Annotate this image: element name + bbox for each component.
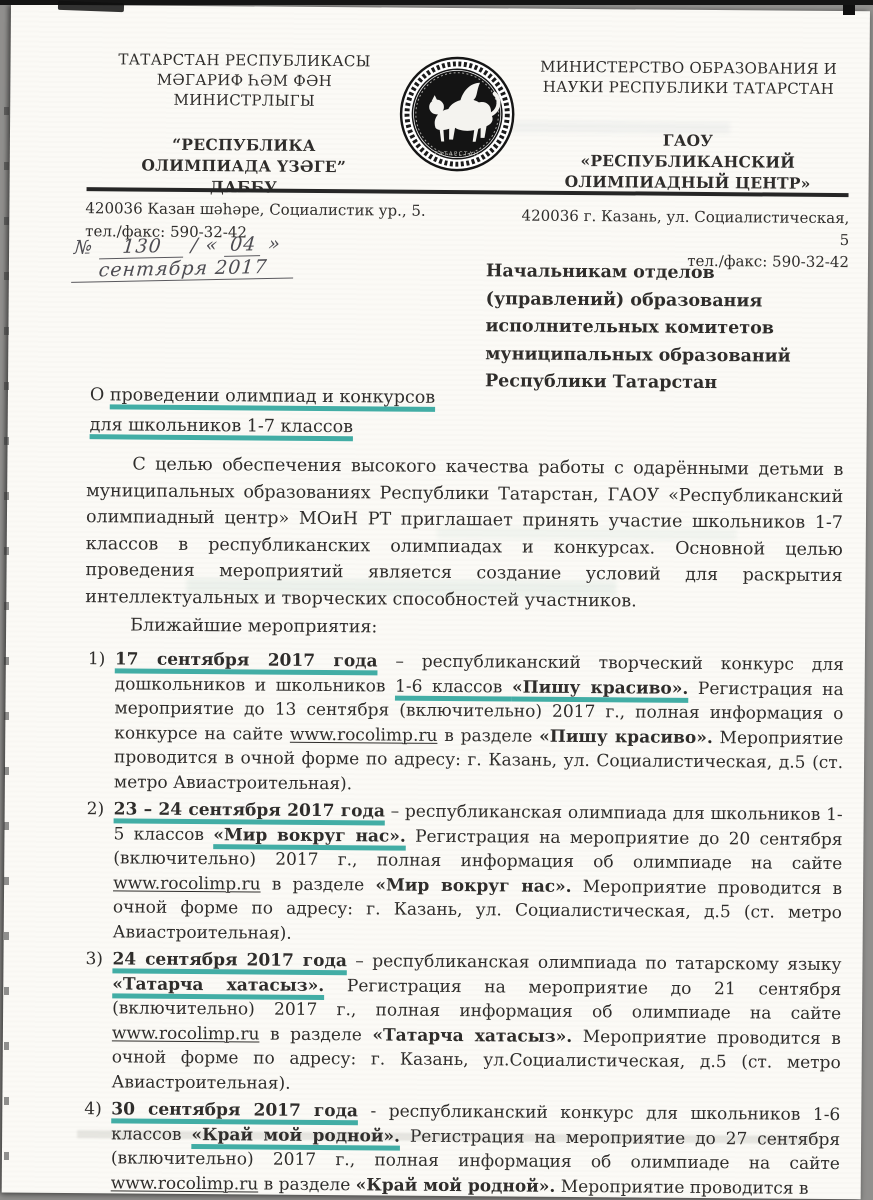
event-description: – республиканская олимпиада по татарском…: [347, 951, 842, 975]
open-quote: «: [205, 234, 219, 256]
reference-separator: /: [190, 234, 199, 256]
subject-highlight-1: проведении олимпиад и конкурсов: [110, 385, 435, 408]
subject-highlight-2: для школьников 1-7 классов: [90, 415, 353, 437]
event-item-2: 2) 23 – 24 сентября 2017 года – республи…: [84, 797, 843, 950]
scanned-letter-page: { "document": { "org_left": { "ministry_…: [0, 0, 873, 1200]
event-title-bold: «Край мой родной».: [356, 1175, 556, 1197]
org-name-tatar-line2: ОЛИМПИАДА ҮЗӘГЕ”: [88, 154, 400, 177]
month-year-handwritten: сентября 2017: [71, 255, 295, 282]
event-item-4: 4) 30 сентября 2017 года - республиканск…: [82, 1097, 841, 1200]
org-name-rus-line2: «РЕСПУБЛИКАНСКИЙ: [516, 149, 860, 173]
recipient-line4: муниципальных образований: [485, 341, 863, 371]
day-handwritten: 04: [224, 233, 262, 257]
ministry-name-rus-line2: НАУКИ РЕСПУБЛИКИ ТАТАРСТАН: [516, 77, 860, 100]
subject-line1: О проведении олимпиад и конкурсов: [90, 380, 450, 413]
org-header-russian: МИНИСТЕРСТВО ОБРАЗОВАНИЯ И НАУКИ РЕСПУБЛ…: [516, 57, 861, 195]
org-name-rus-line1: ГАОУ: [516, 128, 860, 152]
org-name-tatar-line1: “РЕСПУБЛИКА: [88, 133, 400, 156]
outgoing-number-handwritten: 130: [99, 235, 185, 260]
event-title-highlight: «Пишу красиво».: [512, 677, 689, 698]
ministry-name-rus-line1: МИНИСТЕРСТВО ОБРАЗОВАНИЯ И: [516, 57, 860, 80]
letter-page: ТАТАРСТАН РЕСПУБЛИКАСЫ МӘГАРИФ ҺӘМ ФӘН М…: [2, 5, 870, 1200]
website-link: www.rocolimp.ru: [111, 1173, 259, 1194]
ministry-name-tatar-line2: МӘГАРИФ ҺӘМ ФӘН МИНИСТРЛЫГЫ: [88, 69, 400, 111]
event-section-pre: в разделе: [258, 1174, 356, 1195]
recipient-line3: исполнительных комитетов: [485, 313, 863, 343]
event-section-pre: в разделе: [259, 1024, 372, 1045]
event-number: 1): [88, 647, 106, 672]
event-desc-highlight: 1-6 классов: [395, 676, 512, 697]
scan-edge-line: [0, 0, 873, 5]
winged-leopard-icon: ТАТАРСТАН: [398, 55, 517, 174]
subject-block: О проведении олимпиад и конкурсов для шк…: [90, 380, 450, 443]
address-tatar-line1: 420036 Казан шәһәре, Социалистик ур., 5.: [85, 197, 426, 223]
number-sign: №: [73, 236, 94, 258]
event-item-1: 1) 17 сентября 2017 года – республиканск…: [85, 647, 844, 800]
event-item-3: 3) 24 сентября 2017 года – республиканск…: [82, 947, 841, 1100]
org-name-rus: ГАОУ «РЕСПУБЛИКАНСКИЙ ОЛИМПИАДНЫЙ ЦЕНТР»: [516, 128, 860, 194]
event-text: 30 сентября 2017 года - республиканский …: [111, 1097, 841, 1200]
scan-corner-mark: [843, 5, 855, 15]
event-text: 24 сентября 2017 года – республиканская …: [111, 947, 841, 1100]
recipient-block: Начальникам отделов (управлений) образов…: [485, 258, 864, 398]
website-link: www.rocolimp.ru: [113, 873, 261, 894]
close-quote: »: [267, 233, 281, 255]
tatarstan-emblem-logo: ТАТАРСТАН: [398, 55, 517, 174]
website-link: www.rocolimp.ru: [290, 724, 438, 745]
event-text: 17 сентября 2017 года – республиканский …: [114, 647, 844, 800]
recipient-line2: (управлений) образования: [486, 286, 864, 316]
event-date-highlight: 17 сентября 2017 года: [115, 649, 378, 671]
event-text: 23 – 24 сентября 2017 года – республикан…: [113, 797, 843, 950]
event-title-bold: «Татарча хатасыз».: [372, 1025, 572, 1047]
events-list: 1) 17 сентября 2017 года – республиканск…: [82, 647, 844, 1200]
recipient-line1: Начальникам отделов: [486, 258, 864, 288]
event-number: 4): [84, 1097, 102, 1122]
event-number: 2): [87, 797, 105, 822]
handwritten-reference-line: № 130 / « 04 » сентября 2017: [71, 228, 495, 283]
event-title-highlight: «Край мой родной».: [191, 1124, 400, 1146]
event-title-bold: «Мир вокруг нас».: [375, 875, 571, 897]
event-section-pre: в разделе: [261, 874, 376, 895]
subject-line2: для школьников 1-7 классов: [90, 410, 450, 443]
event-section-pre: в разделе: [437, 725, 539, 746]
org-header-tatar: ТАТАРСТАН РЕСПУБЛИКАСЫ МӘГАРИФ ҺӘМ ФӘН М…: [87, 49, 400, 198]
intro-paragraph: С целью обеспечения высокого качества ра…: [85, 451, 843, 616]
event-title-highlight: «Мир вокруг нас».: [213, 825, 406, 847]
subject-prefix: О: [90, 385, 110, 405]
emblem-ring-text: ТАТАРСТАН: [433, 151, 479, 157]
event-title-bold: «Пишу красиво».: [539, 726, 713, 747]
event-location: Мероприятие проводится в: [555, 1176, 808, 1198]
scan-edge-ticks: [4, 60, 9, 1170]
event-title-highlight: «Татарча хатасыз».: [112, 974, 324, 996]
address-rus-line1: 420036 г. Казань, ул. Социалистическая, …: [509, 204, 849, 251]
event-date-highlight: 23 – 24 сентября 2017 года: [114, 799, 385, 821]
recipient-line5: Республики Татарстан: [485, 368, 863, 398]
ministry-name-tatar-line1: ТАТАРСТАН РЕСПУБЛИКАСЫ: [88, 49, 400, 71]
event-date-highlight: 24 сентября 2017 года: [112, 949, 347, 971]
event-number: 3): [85, 947, 103, 972]
website-link: www.rocolimp.ru: [112, 1023, 260, 1044]
events-caption: Ближайшие мероприятия:: [130, 615, 377, 637]
event-date-highlight: 30 сентября 2017 года: [111, 1099, 358, 1121]
